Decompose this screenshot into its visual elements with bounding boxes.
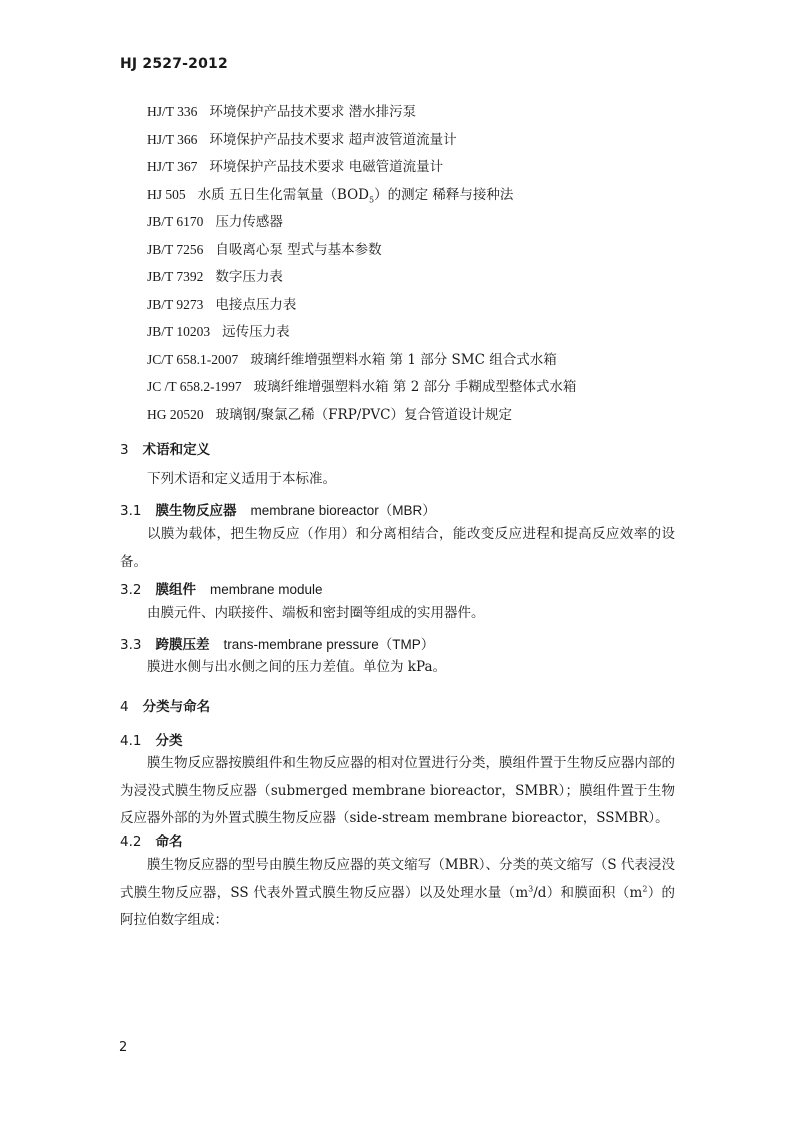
reference-code: JB/T 7392 xyxy=(147,269,203,284)
reference-code: HJ 505 xyxy=(147,187,186,202)
term-3-3-definition: 膜进水侧与出水侧之间的压力差值。单位为 kPa。 xyxy=(120,654,675,682)
section-4-heading: 4分类与命名 xyxy=(120,695,210,715)
term-3-1-definition: 以膜为载体，把生物反应（作用）和分离相结合，能改变反应进程和提高反应效率的设备。 xyxy=(120,521,675,576)
section-3-heading: 3术语和定义 xyxy=(120,438,210,458)
reference-item: JB/T 10203远传压力表 xyxy=(147,318,576,346)
reference-code: JB/T 9273 xyxy=(147,297,203,312)
term-3-2-heading: 3.2膜组件membrane module xyxy=(120,578,323,598)
reference-item: JB/T 9273电接点压力表 xyxy=(147,291,576,319)
section-4-1-text: 膜生物反应器按膜组件和生物反应器的相对位置进行分类，膜组件置于生物反应器内部的为… xyxy=(120,750,675,833)
standard-code-header: HJ 2527-2012 xyxy=(120,56,228,72)
reference-title: 环境保护产品技术要求 电磁管道流量计 xyxy=(209,159,443,175)
reference-item: JB/T 7392数字压力表 xyxy=(147,263,576,291)
reference-title: 数字压力表 xyxy=(215,269,283,285)
reference-item: HJ 505水质 五日生化需氧量（BOD5）的测定 稀释与接种法 xyxy=(147,181,576,209)
reference-item: HJ/T 366环境保护产品技术要求 超声波管道流量计 xyxy=(147,126,576,154)
reference-title: 环境保护产品技术要求 潜水排污泵 xyxy=(209,104,416,120)
reference-title: 远传压力表 xyxy=(222,324,290,340)
reference-item: JC /T 658.2-1997玻璃纤维增强塑料水箱 第 2 部分 手糊成型整体… xyxy=(147,373,576,401)
reference-title: 电接点压力表 xyxy=(215,297,296,313)
section-4-1-heading: 4.1分类 xyxy=(120,729,182,749)
reference-title: 玻璃纤维增强塑料水箱 第 2 部分 手糊成型整体式水箱 xyxy=(254,379,577,395)
reference-title: 玻璃钢/聚氯乙稀（FRP/PVC）复合管道设计规定 xyxy=(216,407,512,423)
reference-title: 水质 五日生化需氧量（BOD5）的测定 稀释与接种法 xyxy=(198,187,514,203)
term-3-3-heading: 3.3跨膜压差trans-membrane pressure（TMP） xyxy=(120,633,434,653)
reference-code: HJ/T 336 xyxy=(147,104,197,119)
page-number: 2 xyxy=(119,1040,127,1055)
section-3-intro: 下列术语和定义适用于本标准。 xyxy=(147,466,675,494)
reference-item: JC/T 658.1-2007玻璃纤维增强塑料水箱 第 1 部分 SMC 组合式… xyxy=(147,346,576,374)
normative-references-list: HJ/T 336环境保护产品技术要求 潜水排污泵 HJ/T 366环境保护产品技… xyxy=(147,98,576,428)
reference-title: 玻璃纤维增强塑料水箱 第 1 部分 SMC 组合式水箱 xyxy=(250,352,556,368)
term-3-2-definition: 由膜元件、内联接件、端板和密封圈等组成的实用器件。 xyxy=(120,600,675,628)
reference-item: HG 20520玻璃钢/聚氯乙稀（FRP/PVC）复合管道设计规定 xyxy=(147,401,576,429)
reference-item: JB/T 7256自吸离心泵 型式与基本参数 xyxy=(147,236,576,264)
reference-title: 压力传感器 xyxy=(215,214,283,230)
reference-code: JC/T 658.1-2007 xyxy=(147,352,238,367)
section-4-2-heading: 4.2命名 xyxy=(120,830,182,850)
reference-item: HJ/T 336环境保护产品技术要求 潜水排污泵 xyxy=(147,98,576,126)
reference-item: JB/T 6170压力传感器 xyxy=(147,208,576,236)
reference-code: JB/T 6170 xyxy=(147,214,203,229)
section-4-2-text: 膜生物反应器的型号由膜生物反应器的英文缩写（MBR）、分类的英文缩写（S 代表浸… xyxy=(120,852,675,935)
reference-title: 自吸离心泵 型式与基本参数 xyxy=(215,242,381,258)
reference-code: JB/T 10203 xyxy=(147,324,210,339)
reference-title: 环境保护产品技术要求 超声波管道流量计 xyxy=(209,132,456,148)
term-3-1-heading: 3.1膜生物反应器membrane bioreactor（MBR） xyxy=(120,499,436,519)
reference-item: HJ/T 367环境保护产品技术要求 电磁管道流量计 xyxy=(147,153,576,181)
reference-code: HJ/T 367 xyxy=(147,159,197,174)
reference-code: HG 20520 xyxy=(147,407,204,422)
reference-code: JC /T 658.2-1997 xyxy=(147,379,242,394)
reference-code: JB/T 7256 xyxy=(147,242,203,257)
reference-code: HJ/T 366 xyxy=(147,132,197,147)
